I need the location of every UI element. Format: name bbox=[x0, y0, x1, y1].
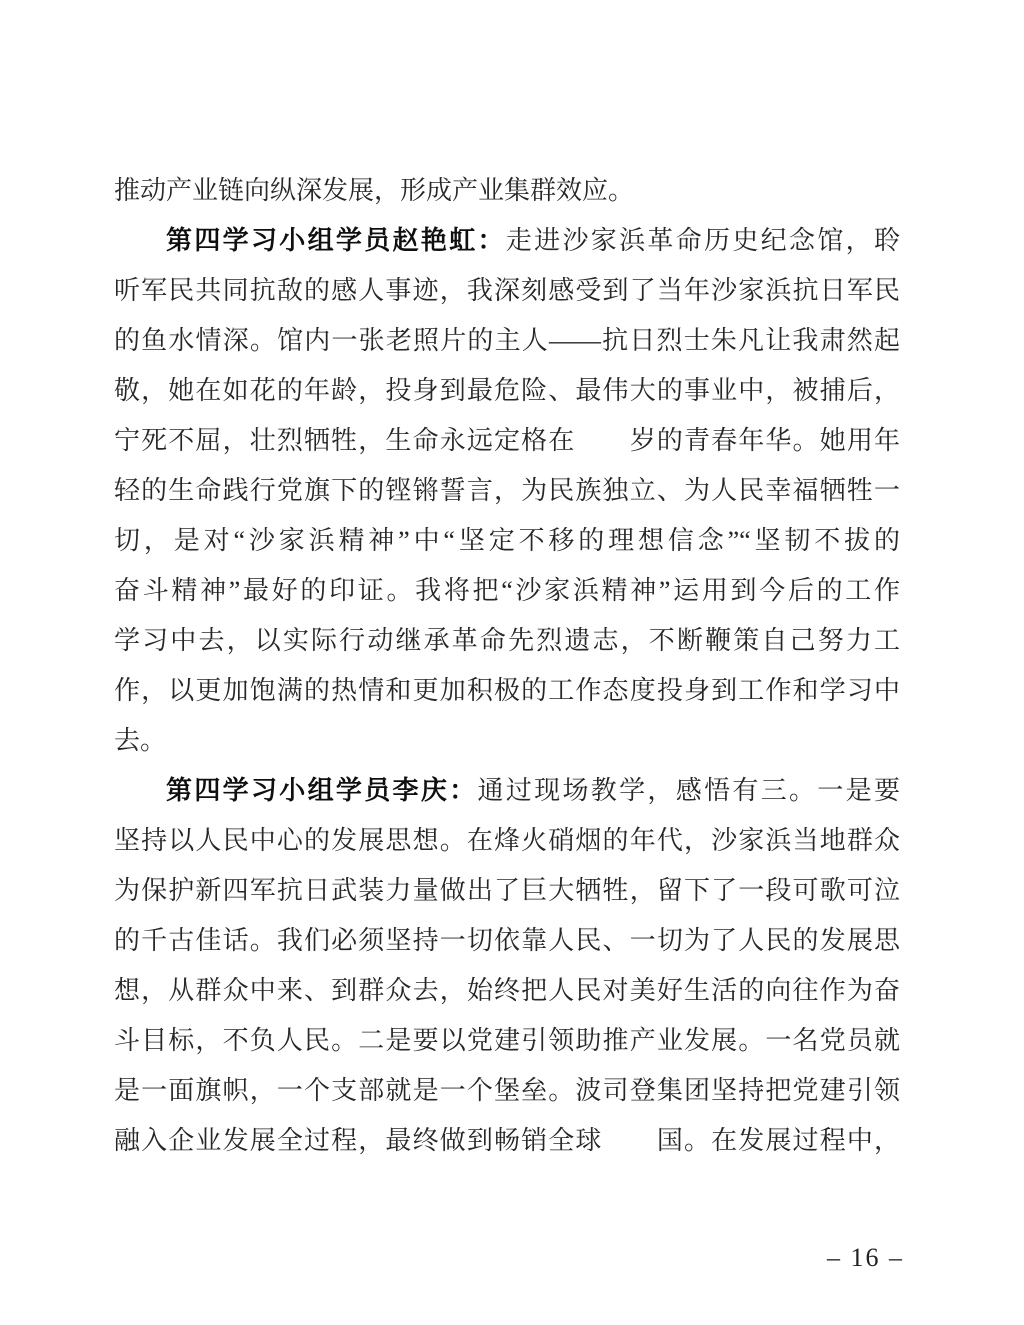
line-text: 通过现场教学，感悟有三。一是要 bbox=[478, 776, 900, 805]
text-line: 推动产业链向纵深发展，形成产业集群效应。 bbox=[114, 166, 900, 216]
line-text: 切，是对“沙家浜精神”中“坚定不移的理想信念”“坚韧不拔的 bbox=[114, 526, 900, 555]
page-number: – 16 – bbox=[827, 1243, 904, 1273]
line-text: 宁死不屈，壮烈牺牲，生命永远定格在 岁的青春年华。她用年 bbox=[114, 426, 900, 455]
line-text: 想，从群众中来、到群众去，始终把人民对美好生活的向往作为奋 bbox=[114, 976, 900, 1005]
speaker-label: 第四学习小组学员赵艳虹： bbox=[166, 226, 506, 255]
text-line: 去。 bbox=[114, 716, 900, 766]
document-body: 推动产业链向纵深发展，形成产业集群效应。第四学习小组学员赵艳虹：走进沙家浜革命历… bbox=[114, 166, 900, 1166]
text-line: 是一面旗帜，一个支部就是一个堡垒。波司登集团坚持把党建引领 bbox=[114, 1066, 900, 1116]
line-text: 学习中去，以实际行动继承革命先烈遗志，不断鞭策自己努力工 bbox=[114, 626, 900, 655]
text-line: 作，以更加饱满的热情和更加积极的工作态度投身到工作和学习中 bbox=[114, 666, 900, 716]
text-line: 的鱼水情深。馆内一张老照片的主人——抗日烈士朱凡让我肃然起 bbox=[114, 316, 900, 366]
line-text: 走进沙家浜革命历史纪念馆，聆 bbox=[506, 226, 900, 255]
text-line: 想，从群众中来、到群众去，始终把人民对美好生活的向往作为奋 bbox=[114, 966, 900, 1016]
line-text: 去。 bbox=[114, 726, 166, 755]
speaker-label: 第四学习小组学员李庆： bbox=[166, 776, 478, 805]
text-line: 融入企业发展全过程，最终做到畅销全球 国。在发展过程中， bbox=[114, 1116, 900, 1166]
text-line: 学习中去，以实际行动继承革命先烈遗志，不断鞭策自己努力工 bbox=[114, 616, 900, 666]
line-text: 的鱼水情深。馆内一张老照片的主人——抗日烈士朱凡让我肃然起 bbox=[114, 326, 900, 355]
line-text: 听军民共同抗敌的感人事迹，我深刻感受到了当年沙家浜抗日军民 bbox=[114, 276, 900, 305]
text-line: 宁死不屈，壮烈牺牲，生命永远定格在 岁的青春年华。她用年 bbox=[114, 416, 900, 466]
line-text: 的千古佳话。我们必须坚持一切依靠人民、一切为了人民的发展思 bbox=[114, 926, 900, 955]
line-text: 轻的生命践行党旗下的铿锵誓言，为民族独立、为人民幸福牺牲一 bbox=[114, 476, 900, 505]
text-line: 第四学习小组学员李庆：通过现场教学，感悟有三。一是要 bbox=[114, 766, 900, 816]
text-line: 轻的生命践行党旗下的铿锵誓言，为民族独立、为人民幸福牺牲一 bbox=[114, 466, 900, 516]
text-line: 切，是对“沙家浜精神”中“坚定不移的理想信念”“坚韧不拔的 bbox=[114, 516, 900, 566]
line-text: 是一面旗帜，一个支部就是一个堡垒。波司登集团坚持把党建引领 bbox=[114, 1076, 900, 1105]
line-text: 奋斗精神”最好的印证。我将把“沙家浜精神”运用到今后的工作 bbox=[114, 576, 900, 605]
text-line: 为保护新四军抗日武装力量做出了巨大牺牲，留下了一段可歌可泣 bbox=[114, 866, 900, 916]
line-text: 斗目标，不负人民。二是要以党建引领助推产业发展。一名党员就 bbox=[114, 1026, 900, 1055]
line-text: 敬，她在如花的年龄，投身到最危险、最伟大的事业中，被捕后， bbox=[114, 376, 900, 405]
line-text: 作，以更加饱满的热情和更加积极的工作态度投身到工作和学习中 bbox=[114, 676, 900, 705]
text-line: 的千古佳话。我们必须坚持一切依靠人民、一切为了人民的发展思 bbox=[114, 916, 900, 966]
text-line: 敬，她在如花的年龄，投身到最危险、最伟大的事业中，被捕后， bbox=[114, 366, 900, 416]
line-text: 坚持以人民中心的发展思想。在烽火硝烟的年代，沙家浜当地群众 bbox=[114, 826, 900, 855]
line-text: 推动产业链向纵深发展，形成产业集群效应。 bbox=[114, 176, 634, 205]
text-line: 坚持以人民中心的发展思想。在烽火硝烟的年代，沙家浜当地群众 bbox=[114, 816, 900, 866]
line-text: 融入企业发展全过程，最终做到畅销全球 国。在发展过程中， bbox=[114, 1126, 900, 1155]
text-line: 第四学习小组学员赵艳虹：走进沙家浜革命历史纪念馆，聆 bbox=[114, 216, 900, 266]
document-page: 推动产业链向纵深发展，形成产业集群效应。第四学习小组学员赵艳虹：走进沙家浜革命历… bbox=[0, 0, 1024, 1325]
text-line: 听军民共同抗敌的感人事迹，我深刻感受到了当年沙家浜抗日军民 bbox=[114, 266, 900, 316]
text-line: 奋斗精神”最好的印证。我将把“沙家浜精神”运用到今后的工作 bbox=[114, 566, 900, 616]
text-line: 斗目标，不负人民。二是要以党建引领助推产业发展。一名党员就 bbox=[114, 1016, 900, 1066]
line-text: 为保护新四军抗日武装力量做出了巨大牺牲，留下了一段可歌可泣 bbox=[114, 876, 900, 905]
